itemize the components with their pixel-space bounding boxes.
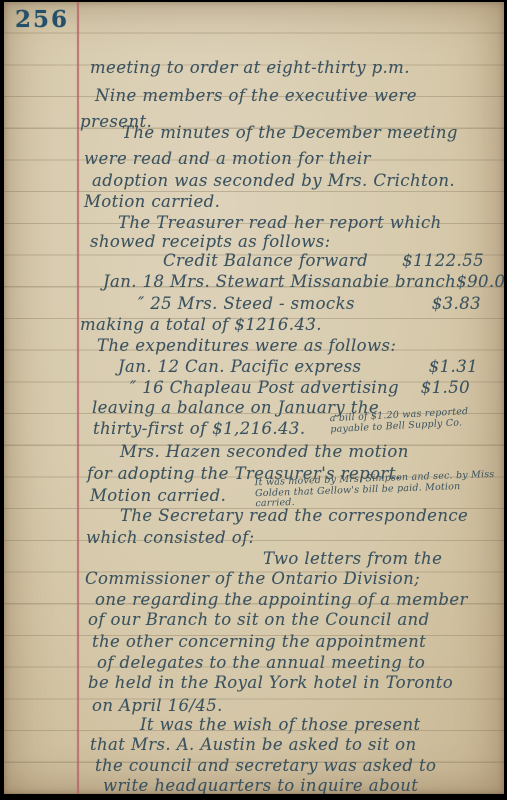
interlinear-annotation: It was moved by Mrs. Simpson and sec. by… bbox=[255, 470, 500, 510]
manuscript-line: meeting to order at eight-thirty p.m. bbox=[90, 58, 410, 78]
manuscript-line: thirty-first of $1,216.43. bbox=[93, 419, 305, 439]
manuscript-line: the council and secretary was asked to bbox=[95, 756, 436, 776]
manuscript-line: showed receipts as follows: bbox=[90, 232, 331, 252]
manuscript-line: The minutes of the December meeting bbox=[122, 123, 458, 143]
manuscript-line: Nine members of the executive were bbox=[95, 86, 417, 106]
red-margin-rule bbox=[77, 2, 79, 794]
ledger-entry-amount: $1122.55 bbox=[402, 251, 484, 271]
manuscript-line: Jan. 12 Can. Pacific express $1.31 bbox=[118, 357, 478, 377]
ledger-entry-amount: $1.50 bbox=[421, 378, 470, 398]
manuscript-line: ″ 25 Mrs. Steed - smocks $3.83 bbox=[138, 294, 481, 314]
manuscript-line: It was the wish of those present bbox=[140, 715, 421, 735]
manuscript-line: of our Branch to sit on the Council and bbox=[88, 610, 430, 630]
manuscript-line: write headquarters to inquire about bbox=[103, 776, 418, 794]
ledger-entry-label: ″ 25 Mrs. Steed - smocks bbox=[138, 294, 355, 314]
manuscript-line: were read and a motion for their bbox=[84, 149, 371, 169]
ledger-entry-label: Jan. 18 Mrs. Stewart Missanabie branch bbox=[103, 272, 456, 292]
manuscript-line: The expenditures were as follows: bbox=[97, 336, 396, 356]
manuscript-line: on April 16/45. bbox=[92, 696, 223, 716]
ledger-entry-label: ″ 16 Chapleau Post advertising bbox=[130, 378, 399, 398]
manuscript-line: adoption was seconded by Mrs. Crichton. bbox=[92, 171, 455, 191]
manuscript-line: ″ 16 Chapleau Post advertising $1.50 bbox=[130, 378, 470, 398]
manuscript-line: Credit Balance forward $1122.55 bbox=[163, 251, 484, 271]
manuscript-line: one regarding the appointing of a member bbox=[95, 590, 468, 610]
manuscript-line: Motion carried. bbox=[84, 192, 220, 212]
manuscript-line: Commissioner of the Ontario Division; bbox=[85, 569, 420, 589]
manuscript-line: The Treasurer read her report which bbox=[118, 213, 442, 233]
ledger-entry-label: Credit Balance forward bbox=[163, 251, 368, 271]
ledger-entry-amount: $90.00 bbox=[456, 272, 504, 292]
manuscript-line: be held in the Royal York hotel in Toron… bbox=[88, 673, 453, 693]
manuscript-line: The Secretary read the correspondence bbox=[120, 506, 468, 526]
manuscript-line: of delegates to the annual meeting to bbox=[97, 653, 425, 673]
manuscript-line: Motion carried. bbox=[90, 486, 226, 506]
manuscript-line: Two letters from the bbox=[263, 549, 442, 569]
manuscript-line: that Mrs. A. Austin be asked to sit on bbox=[90, 735, 417, 755]
manuscript-line: the other concerning the appointment bbox=[92, 632, 426, 652]
manuscript-line: Mrs. Hazen seconded the motion bbox=[120, 442, 409, 462]
scanned-minutes-photo: { "page": { "number": "256" }, "colors":… bbox=[0, 0, 507, 800]
ledger-entry-label: Jan. 12 Can. Pacific express bbox=[118, 357, 361, 377]
ledger-entry-amount: $1.31 bbox=[429, 357, 478, 377]
ledger-entry-amount: $3.83 bbox=[432, 294, 481, 314]
manuscript-line: which consisted of: bbox=[86, 528, 255, 548]
manuscript-line: Jan. 18 Mrs. Stewart Missanabie branch $… bbox=[103, 272, 484, 292]
page-number: 256 bbox=[15, 6, 69, 33]
ledger-page: 256 meeting to order at eight-thirty p.m… bbox=[4, 2, 504, 794]
manuscript-line: making a total of $1216.43. bbox=[80, 315, 322, 335]
